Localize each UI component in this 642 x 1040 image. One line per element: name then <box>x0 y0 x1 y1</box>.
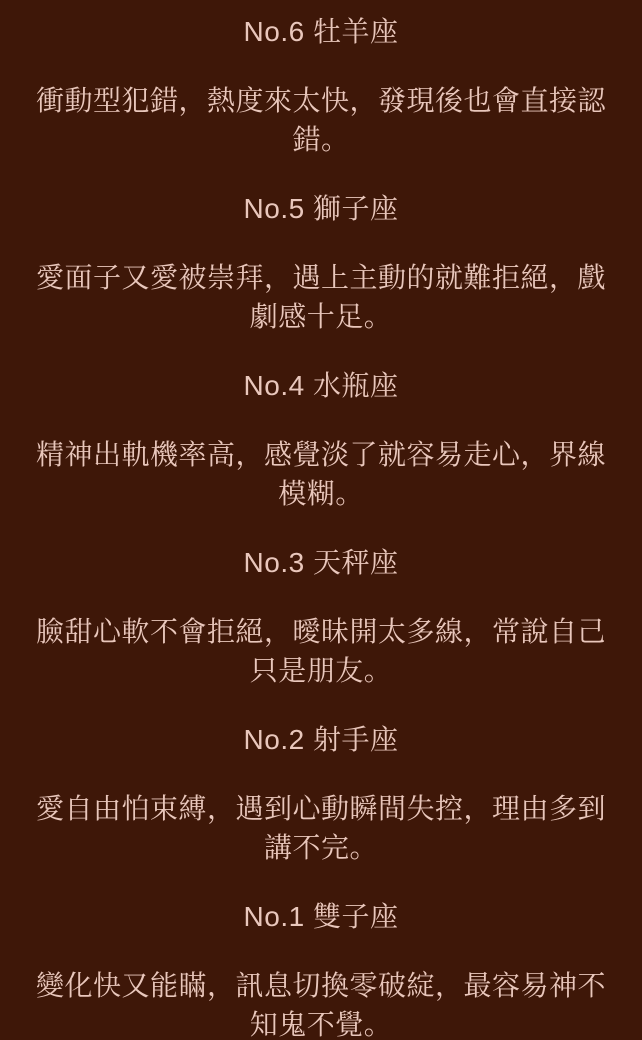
ranking-item-title: No.4 水瓶座 <box>26 366 616 405</box>
ranking-item-title: No.2 射手座 <box>26 720 616 759</box>
ranking-item-description: 臉甜心軟不會拒絕，曖昧開太多線，常說自己只是朋友。 <box>26 612 616 690</box>
ranking-item: No.4 水瓶座 精神出軌機率高，感覺淡了就容易走心，界線模糊。 <box>26 366 616 513</box>
ranking-item: No.2 射手座 愛自由怕束縛，遇到心動瞬間失控，理由多到講不完。 <box>26 720 616 867</box>
zodiac-ranking-list: No.6 牡羊座 衝動型犯錯，熱度來太快，發現後也會直接認錯。 No.5 獅子座… <box>0 0 642 1040</box>
ranking-item-description: 變化快又能瞞，訊息切換零破綻，最容易神不知鬼不覺。 <box>26 966 616 1040</box>
ranking-item-description: 愛自由怕束縛，遇到心動瞬間失控，理由多到講不完。 <box>26 789 616 867</box>
ranking-item-description: 愛面子又愛被崇拜，遇上主動的就難拒絕，戲劇感十足。 <box>26 258 616 336</box>
ranking-item-title: No.3 天秤座 <box>26 543 616 582</box>
ranking-item-description: 精神出軌機率高，感覺淡了就容易走心，界線模糊。 <box>26 435 616 513</box>
ranking-item-title: No.6 牡羊座 <box>26 12 616 51</box>
ranking-item-title: No.1 雙子座 <box>26 897 616 936</box>
ranking-item-title: No.5 獅子座 <box>26 189 616 228</box>
ranking-item: No.6 牡羊座 衝動型犯錯，熱度來太快，發現後也會直接認錯。 <box>26 12 616 159</box>
ranking-item: No.3 天秤座 臉甜心軟不會拒絕，曖昧開太多線，常說自己只是朋友。 <box>26 543 616 690</box>
ranking-item: No.1 雙子座 變化快又能瞞，訊息切換零破綻，最容易神不知鬼不覺。 <box>26 897 616 1040</box>
ranking-item: No.5 獅子座 愛面子又愛被崇拜，遇上主動的就難拒絕，戲劇感十足。 <box>26 189 616 336</box>
ranking-item-description: 衝動型犯錯，熱度來太快，發現後也會直接認錯。 <box>26 81 616 159</box>
